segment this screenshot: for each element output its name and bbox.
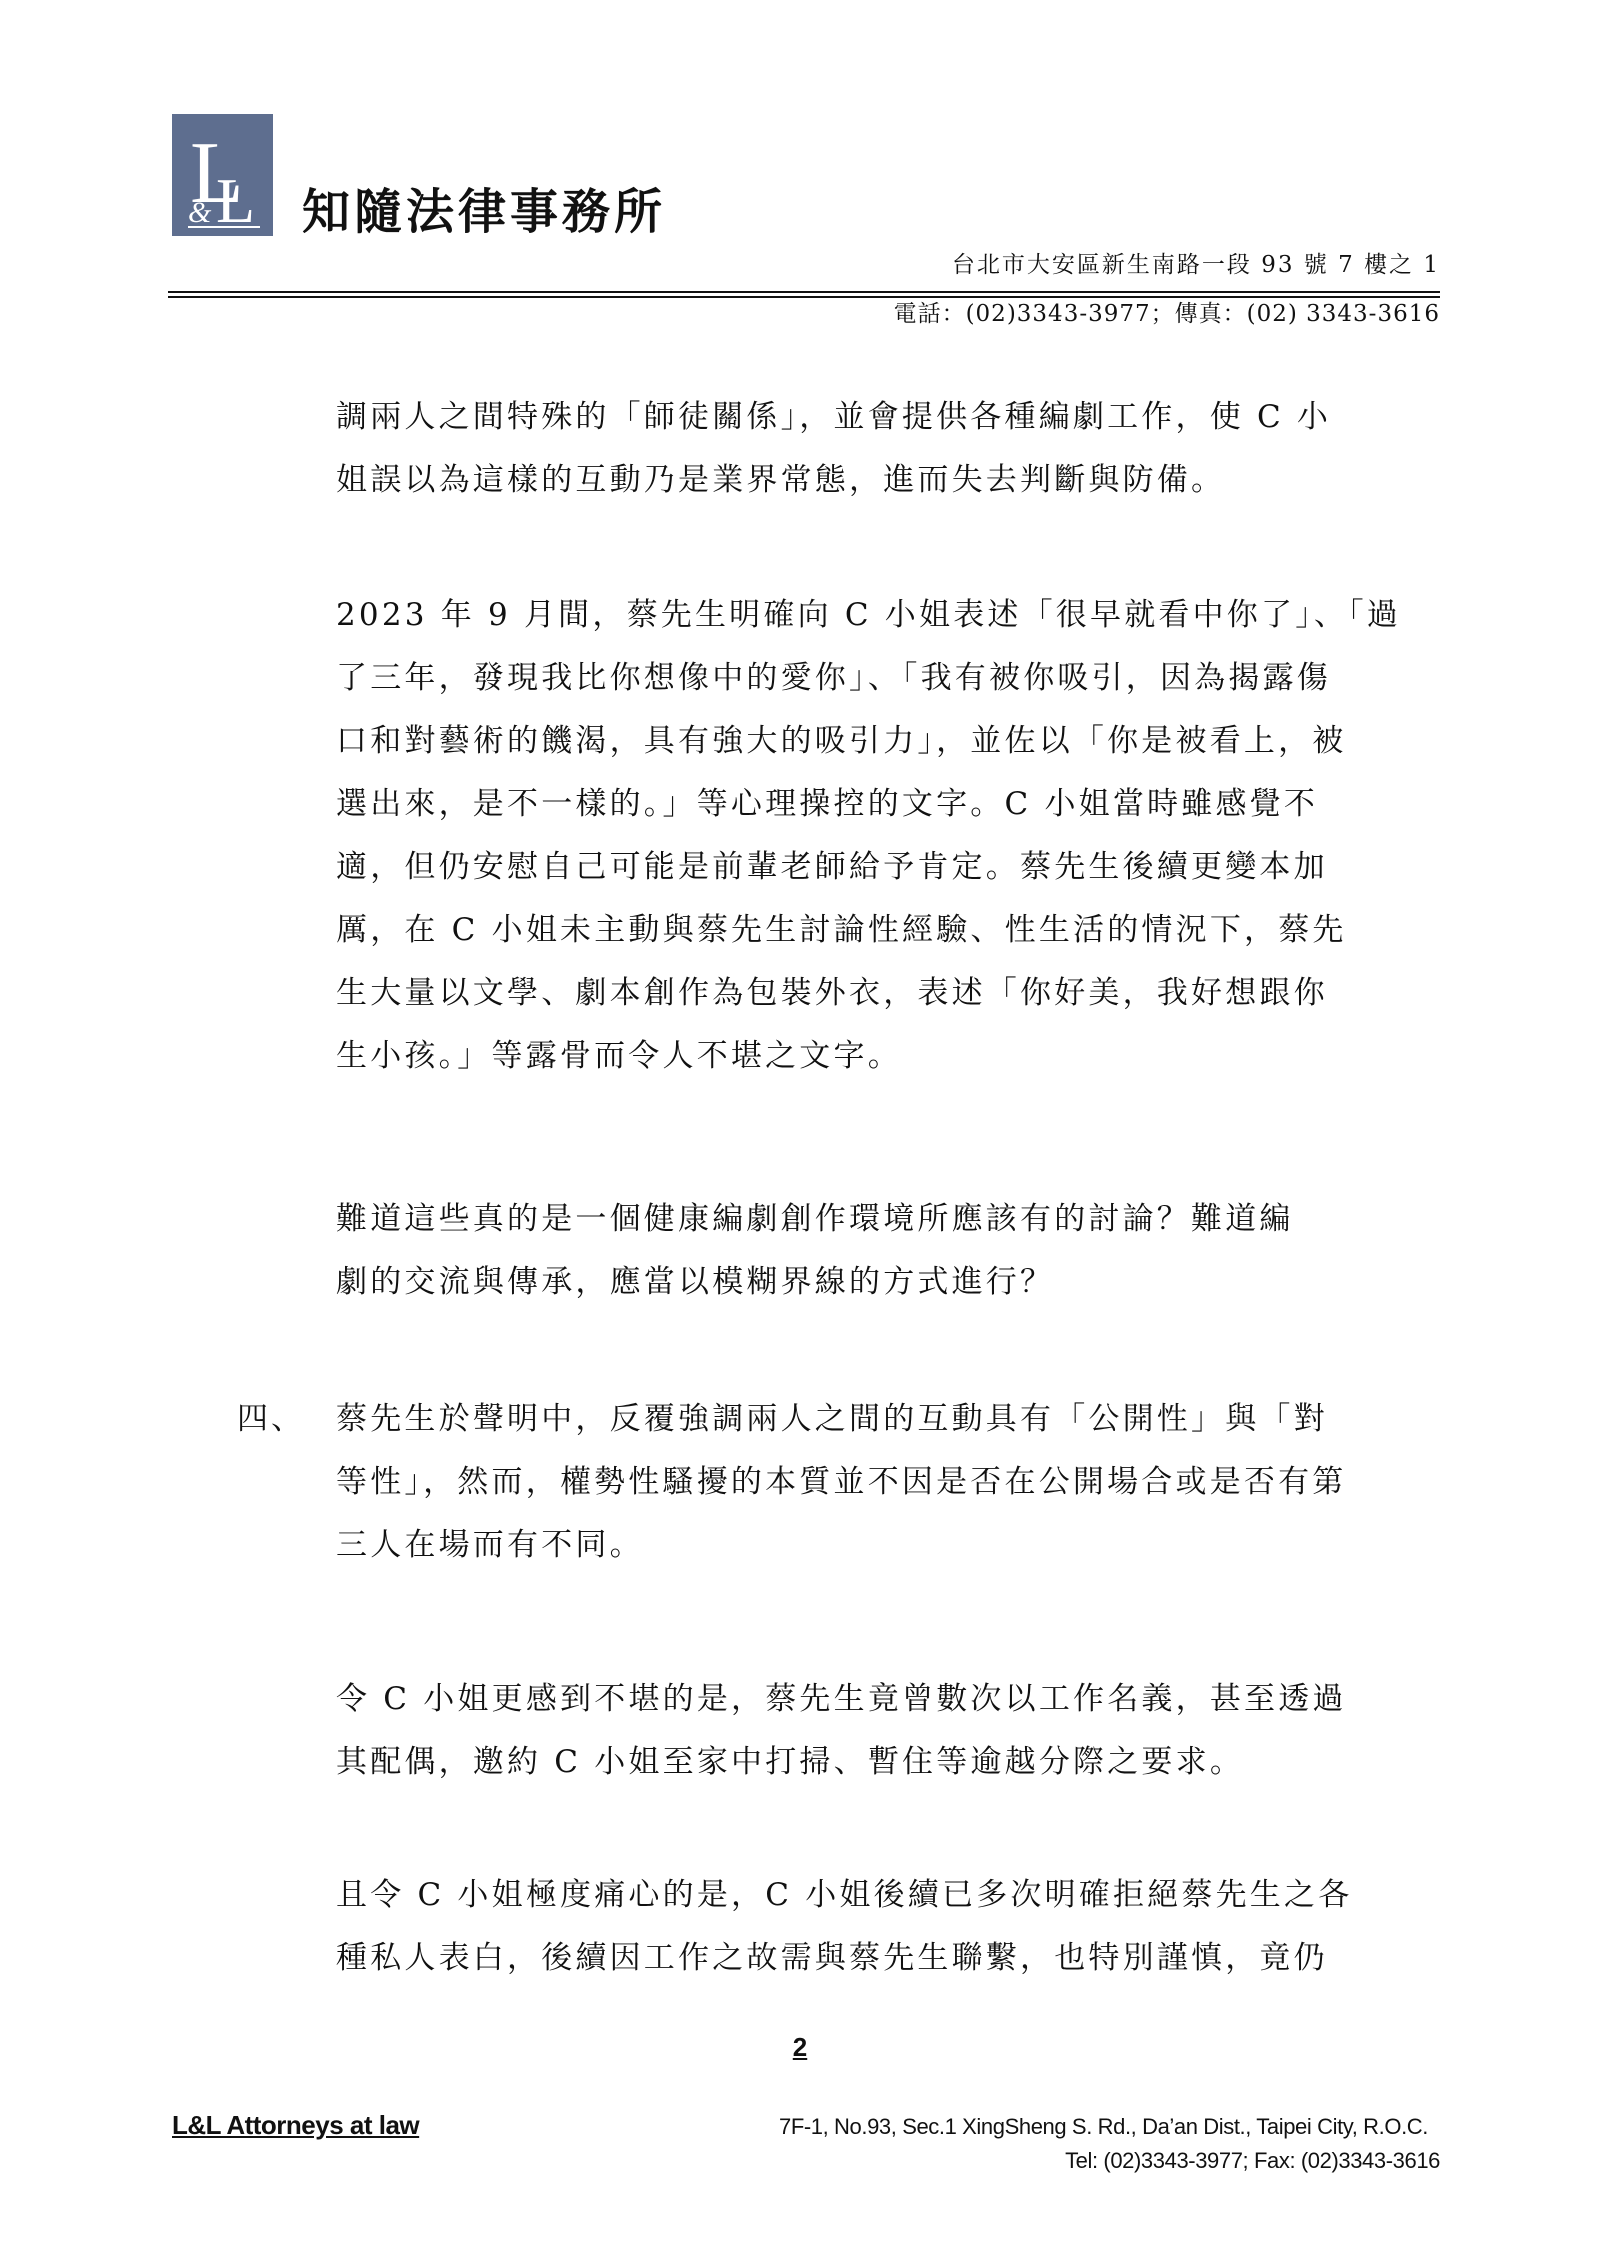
svg-text:L: L (216, 165, 255, 236)
footer-firm-name: L&L Attorneys at law (172, 2110, 419, 2141)
text-line: 生大量以文學、劇本創作為包裝外衣，表述「你好美，我好想跟你 (336, 962, 1436, 1025)
text-line: 生小孩。」等露骨而令人不堪之文字。 (336, 1025, 1436, 1088)
header-rule-bottom (168, 296, 1440, 298)
text-line: 調兩人之間特殊的「師徒關係」，並會提供各種編劇工作，使 C 小 (336, 386, 1436, 449)
text-line: 三人在場而有不同。 (336, 1514, 1436, 1577)
text-line: 適，但仍安慰自己可能是前輩老師給予肯定。蔡先生後續更變本加 (336, 836, 1436, 899)
paragraph-4: 蔡先生於聲明中，反覆強調兩人之間的互動具有「公開性」與「對 等性」，然而，權勢性… (336, 1388, 1436, 1577)
text-line: 其配偶，邀約 C 小姐至家中打掃、暫住等逾越分際之要求。 (336, 1731, 1436, 1794)
text-line: 令 C 小姐更感到不堪的是，蔡先生竟曾數次以工作名義，甚至透過 (336, 1668, 1436, 1731)
text-line: 且令 C 小姐極度痛心的是，C 小姐後續已多次明確拒絕蔡先生之各 (336, 1864, 1436, 1927)
svg-text:&: & (188, 196, 212, 229)
text-line: 口和對藝術的饑渴，具有強大的吸引力」，並佐以「你是被看上，被 (336, 710, 1436, 773)
text-line: 劇的交流與傳承，應當以模糊界線的方式進行？ (336, 1251, 1436, 1314)
page-number: 2 (0, 2032, 1600, 2063)
text-line: 了三年，發現我比你想像中的愛你」、「我有被你吸引，因為揭露傷 (336, 647, 1436, 710)
header-rule-top (168, 291, 1440, 293)
text-line: 姐誤以為這樣的互動乃是業界常態，進而失去判斷與防備。 (336, 449, 1436, 512)
text-line: 選出來，是不一樣的。」等心理操控的文字。C 小姐當時雖感覺不 (336, 773, 1436, 836)
text-line: 等性」，然而，權勢性騷擾的本質並不因是否在公開場合或是否有第 (336, 1451, 1436, 1514)
text-line: 種私人表白，後續因工作之故需與蔡先生聯繫，也特別謹慎，竟仍 (336, 1927, 1436, 1990)
paragraph-2: 2023 年 9 月間，蔡先生明確向 C 小姐表述「很早就看中你了」、「過 了三… (336, 584, 1436, 1088)
text-line: 難道這些真的是一個健康編劇創作環境所應該有的討論？難道編 (336, 1188, 1436, 1251)
header-phone-fax: 電話：(02)3343-3977；傳真：(02) 3343-3616 (894, 303, 1440, 326)
paragraph-3: 難道這些真的是一個健康編劇創作環境所應該有的討論？難道編 劇的交流與傳承，應當以… (336, 1188, 1436, 1314)
paragraph-1: 調兩人之間特殊的「師徒關係」，並會提供各種編劇工作，使 C 小 姐誤以為這樣的互… (336, 386, 1436, 512)
header-address: 台北市大安區新生南路一段 93 號 7 樓之 1 (952, 254, 1440, 277)
list-item-marker: 四、 (237, 1388, 305, 1451)
text-line: 蔡先生於聲明中，反覆強調兩人之間的互動具有「公開性」與「對 (336, 1388, 1436, 1451)
firm-logo: L L & (172, 114, 273, 236)
firm-name: 知隨法律事務所 (302, 188, 666, 236)
ll-monogram-icon: L L & (172, 114, 273, 236)
paragraph-5: 令 C 小姐更感到不堪的是，蔡先生竟曾數次以工作名義，甚至透過 其配偶，邀約 C… (336, 1668, 1436, 1794)
footer-tel-fax: Tel: (02)3343-3977; Fax: (02)3343-3616 (1065, 2148, 1440, 2174)
text-line: 2023 年 9 月間，蔡先生明確向 C 小姐表述「很早就看中你了」、「過 (336, 584, 1436, 647)
text-line: 厲，在 C 小姐未主動與蔡先生討論性經驗、性生活的情況下，蔡先 (336, 899, 1436, 962)
paragraph-6: 且令 C 小姐極度痛心的是，C 小姐後續已多次明確拒絕蔡先生之各 種私人表白，後… (336, 1864, 1436, 1990)
footer-address: 7F-1, No.93, Sec.1 XingSheng S. Rd., Da’… (779, 2114, 1428, 2140)
